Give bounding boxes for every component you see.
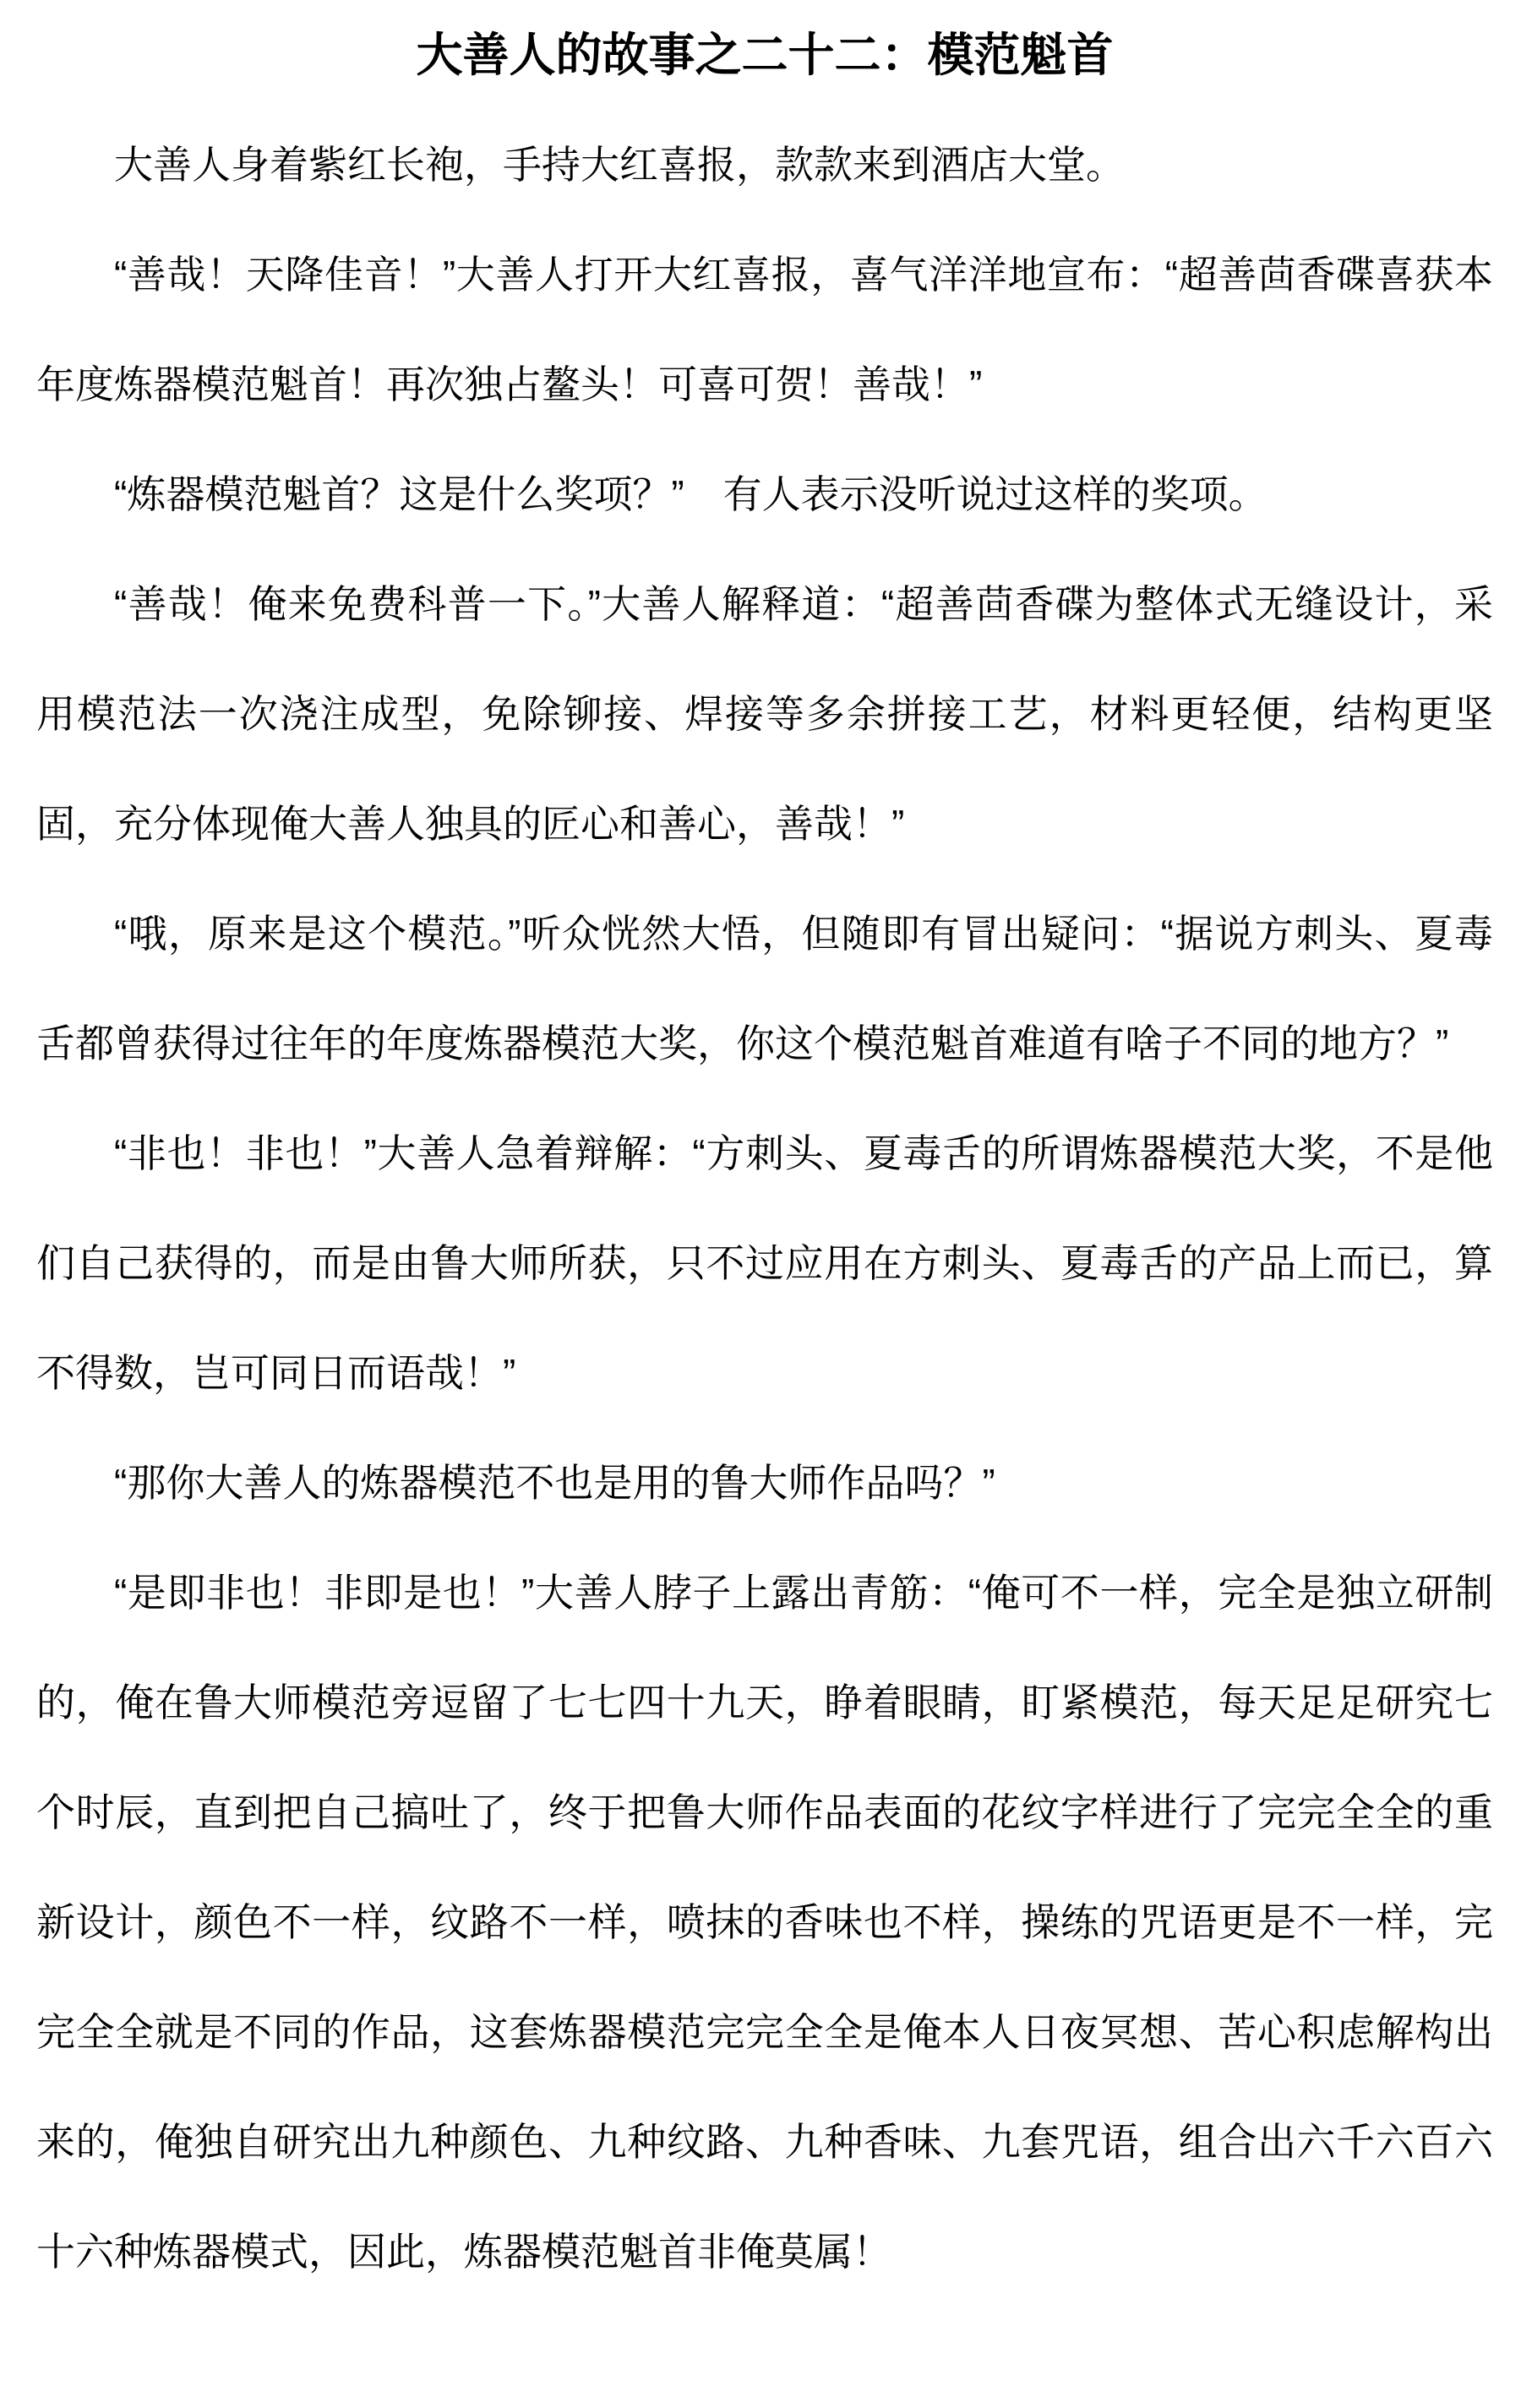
paragraph-2: “善哉！天降佳音！”大善人打开大红喜报，喜气洋洋地宣布：“超善茴香碟喜获本年度炼… bbox=[36, 220, 1493, 439]
paragraph-1: 大善人身着紫红长袍，手持大红喜报，款款来到酒店大堂。 bbox=[36, 110, 1493, 220]
paragraph-4: “善哉！俺来免费科普一下。”大善人解释道：“超善茴香碟为整体式无缝设计，采用模范… bbox=[36, 549, 1493, 879]
paragraph-3: “炼器模范魁首？这是什么奖项？” 有人表示没听说过这样的奖项。 bbox=[36, 439, 1493, 549]
document-body: 大善人身着紫红长袍，手持大红喜报，款款来到酒店大堂。 “善哉！天降佳音！”大善人… bbox=[36, 110, 1493, 2307]
document-page: 大善人的故事之二十二：模范魁首 大善人身着紫红长袍，手持大红喜报，款款来到酒店大… bbox=[0, 0, 1521, 2408]
paragraph-8: “是即非也！非即是也！”大善人脖子上露出青筋：“俺可不一样，完全是独立研制的，俺… bbox=[36, 1538, 1493, 2307]
document-title: 大善人的故事之二十二：模范魁首 bbox=[36, 0, 1493, 110]
paragraph-6: “非也！非也！”大善人急着辩解：“方刺头、夏毒舌的所谓炼器模范大奖，不是他们自己… bbox=[36, 1098, 1493, 1428]
paragraph-7: “那你大善人的炼器模范不也是用的鲁大师作品吗？” bbox=[36, 1428, 1493, 1538]
paragraph-5: “哦，原来是这个模范。”听众恍然大悟，但随即有冒出疑问：“据说方刺头、夏毒舌都曾… bbox=[36, 879, 1493, 1098]
